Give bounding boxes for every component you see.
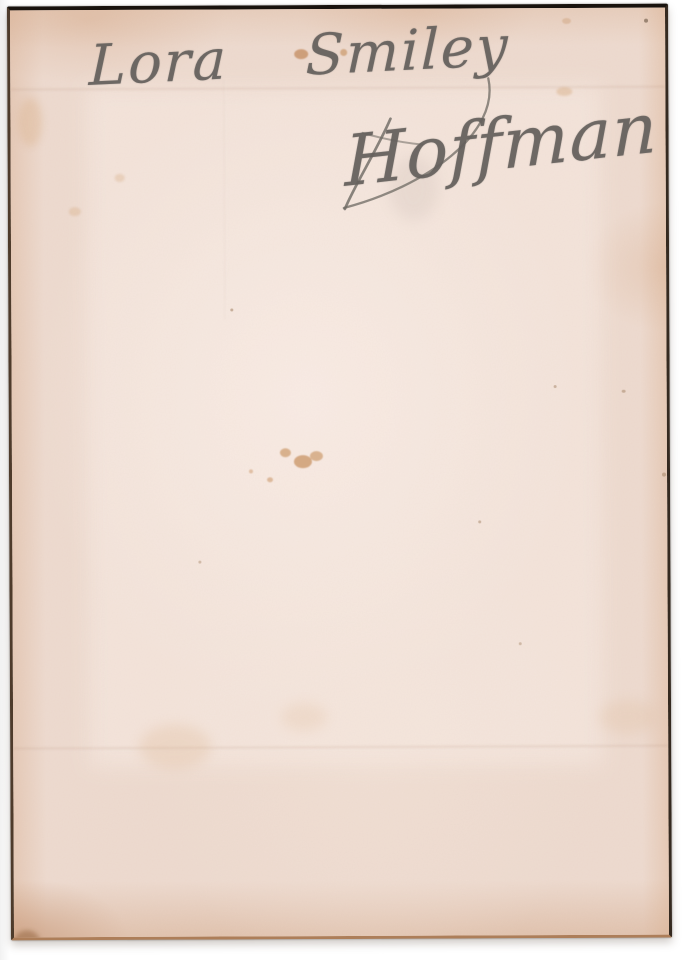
foxing-stain [115, 174, 125, 182]
foxing-stain [18, 98, 42, 146]
foxing-stain [198, 561, 201, 564]
foxing-stains-layer [10, 8, 665, 11]
foxing-stain [310, 451, 323, 461]
foxing-stain [267, 477, 273, 482]
foxing-stain [281, 703, 327, 731]
foxing-stain [280, 448, 291, 457]
foxing-stain [599, 700, 655, 734]
foxing-stain [249, 469, 253, 473]
foxing-stain [622, 390, 626, 393]
foxing-stain [139, 725, 211, 769]
foxing-stain [554, 385, 557, 388]
foxing-stain [562, 18, 571, 24]
foxing-stain [69, 207, 81, 216]
photo-card-back: Lora Smiley Hoffman [7, 4, 672, 941]
foxing-stain [14, 930, 40, 940]
scanner-background: Lora Smiley Hoffman [0, 0, 684, 960]
foxing-stain [556, 87, 572, 96]
foxing-stain [662, 473, 666, 477]
foxing-stain [478, 520, 481, 523]
foxing-stain [644, 19, 648, 23]
foxing-stain [519, 642, 522, 645]
foxing-stain [230, 308, 233, 311]
